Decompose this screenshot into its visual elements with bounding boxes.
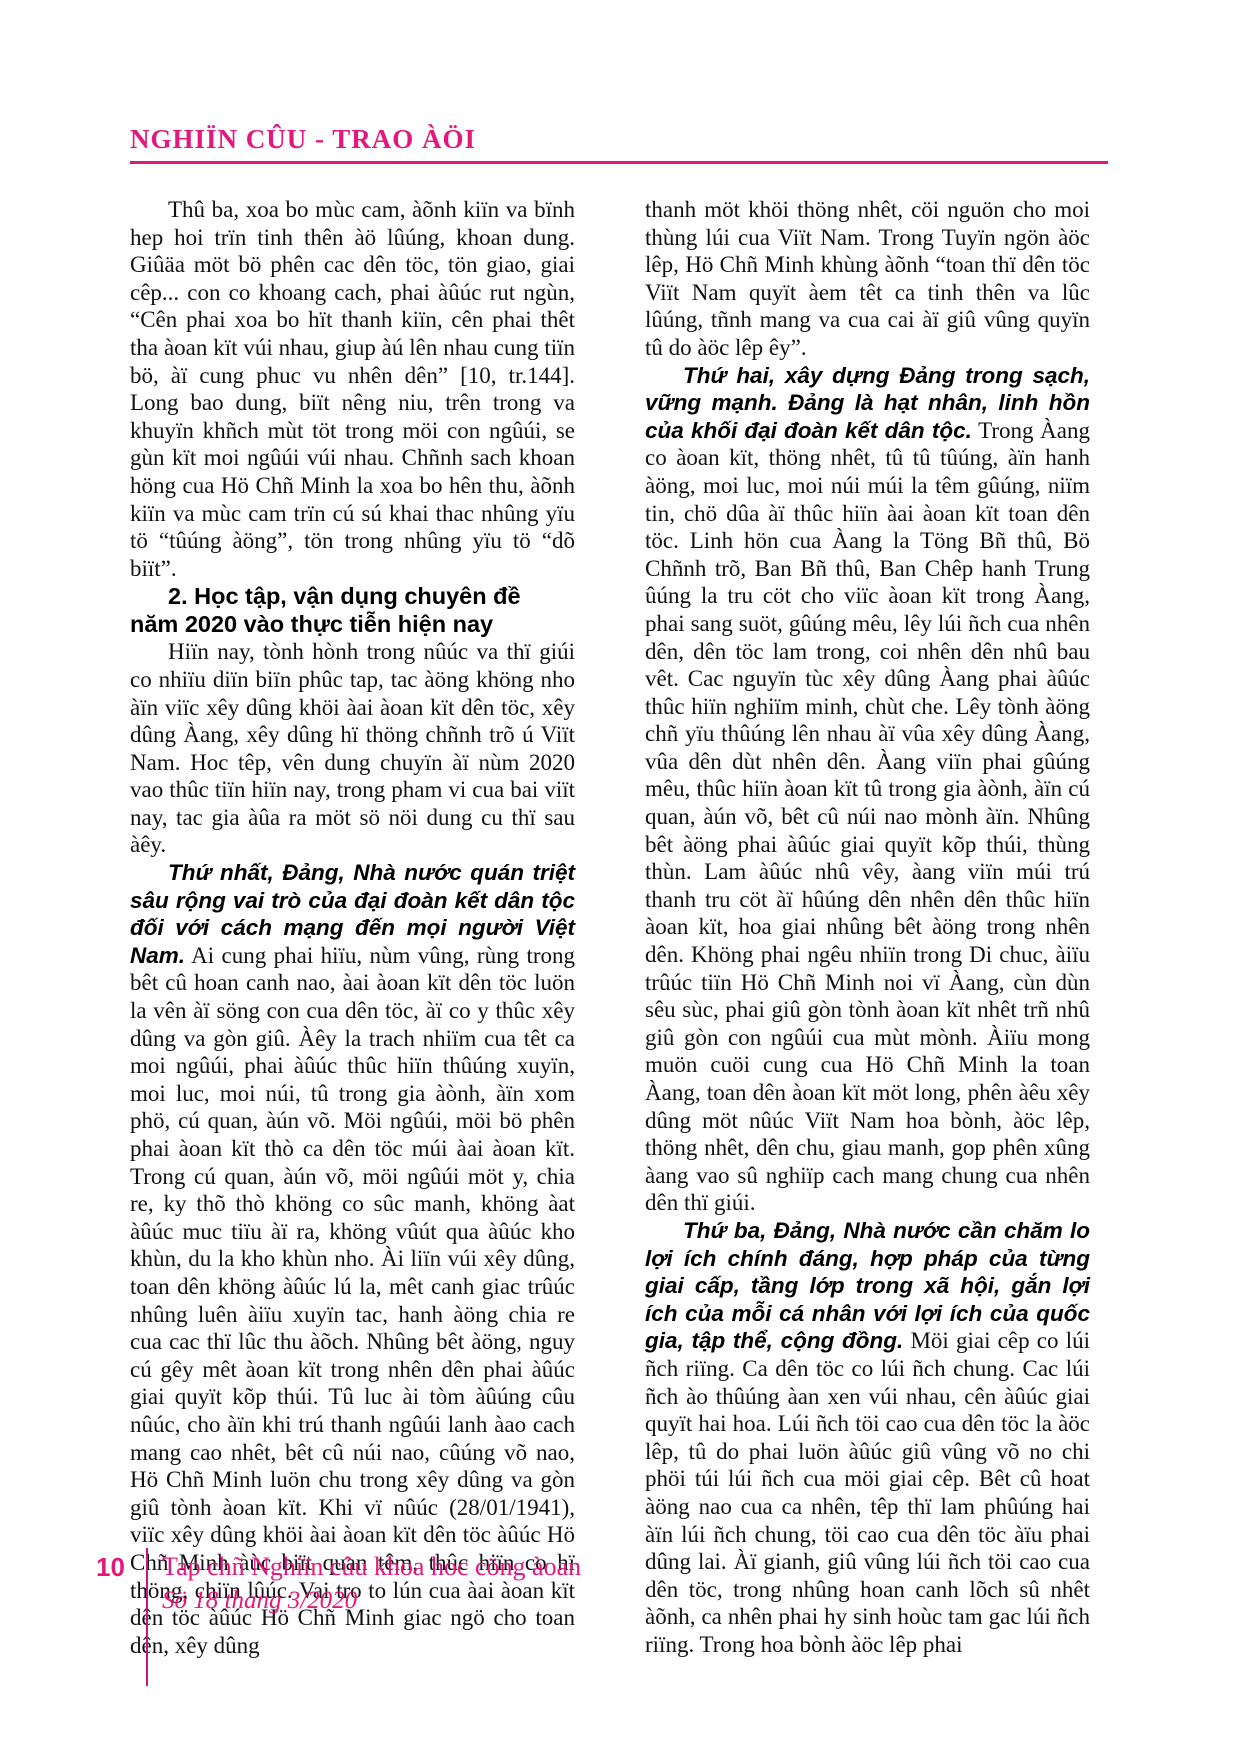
left-column: Thû ba, xoa bo mùc cam, àõnh kiïn va bïn… bbox=[130, 196, 575, 1659]
paragraph-continuation: thanh möt khöi thöng nhêt, cöi nguön cho… bbox=[645, 196, 1090, 362]
paragraph-hien-nay: Hiïn nay, tònh hònh trong nûúc va thï gi… bbox=[130, 638, 575, 859]
journal-page: NGHIÏN CÛU - TRAO ÀÖI Thû ba, xoa bo mùc… bbox=[0, 0, 1240, 1753]
paragraph-thu-hai: Thứ hai, xây dựng Đảng trong sạch, vững … bbox=[645, 362, 1090, 1217]
page-number: 10 bbox=[96, 1552, 125, 1583]
paragraph-thu-nhat: Thứ nhất, Đảng, Nhà nước quán triệt sâu … bbox=[130, 859, 575, 1659]
footer-vertical-rule bbox=[146, 1548, 148, 1686]
paragraph-thu-ba: Thû ba, xoa bo mùc cam, àõnh kiïn va bïn… bbox=[130, 196, 575, 582]
article-body: Thû ba, xoa bo mùc cam, àõnh kiïn va bïn… bbox=[130, 196, 1090, 1659]
section-heading-2: 2. Học tập, vận dụng chuyên đề năm 2020 … bbox=[130, 582, 575, 638]
running-head: NGHIÏN CÛU - TRAO ÀÖI bbox=[130, 124, 1108, 164]
right-column: thanh möt khöi thöng nhêt, cöi nguön cho… bbox=[645, 196, 1090, 1659]
header-rule bbox=[130, 161, 1108, 164]
paragraph-thu-ba-section-text: Möi giai cêp co lúi ñch riïng. Ca dên tö… bbox=[645, 1328, 1090, 1657]
footer: Tap chñ Nghiïn cûu khoa hoc cöng àoan Sö… bbox=[162, 1552, 581, 1616]
section-running-title: NGHIÏN CÛU - TRAO ÀÖI bbox=[130, 124, 1108, 155]
paragraph-thu-nhat-text: Ai cung phai hiïu, nùm vûng, rùng trong … bbox=[130, 943, 575, 1658]
paragraph-thu-ba-section: Thứ ba, Đảng, Nhà nước cần chăm lo lợi í… bbox=[645, 1217, 1090, 1659]
paragraph-thu-hai-text: Trong Àang co àoan kït, thöng nhêt, tû t… bbox=[645, 418, 1090, 1216]
journal-name: Tap chñ Nghiïn cûu khoa hoc cöng àoan bbox=[162, 1552, 581, 1582]
journal-issue: Sö 18 thang 3/2020 bbox=[162, 1586, 581, 1616]
